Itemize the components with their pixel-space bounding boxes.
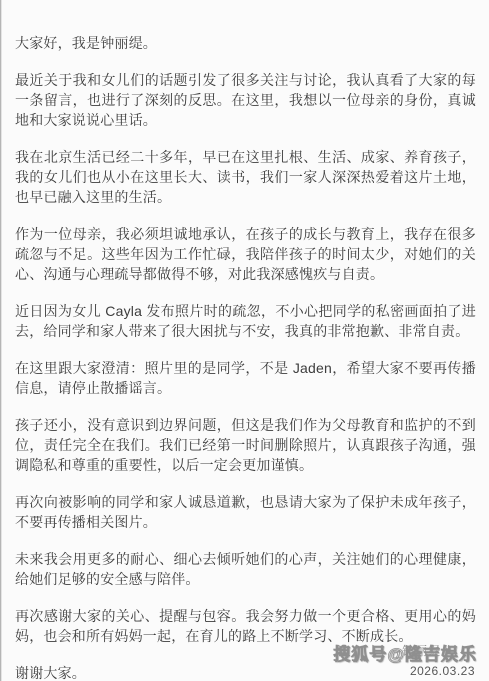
left-edge-shadow: [0, 0, 2, 681]
statement-paragraph-clarification: 在这里跟大家澄清：照片里的是同学，不是 Jaden，希望大家不要再传播信息，请停…: [15, 358, 476, 398]
sohu-watermark: 搜狐号@隆吉娱乐: [333, 640, 477, 665]
statement-paragraph-greeting: 大家好，我是钟丽缇。: [15, 33, 476, 53]
statement-paragraph-beijing-life: 我在北京生活已经二十多年，早已在这里扎根、生活、成家、养育孩子，我的女儿们也从小…: [15, 147, 476, 207]
statement-paragraph-closing: 谢谢大家。: [15, 663, 476, 681]
statement-paragraph-intro: 最近关于我和女儿们的话题引发了很多关注与讨论，我认真看了大家的每一条留言，也进行…: [15, 70, 476, 130]
statement-paragraph-admission: 作为一位母亲，我必须坦诚地承认，在孩子的成长与教育上，我存在很多疏忽与不足。这些…: [15, 224, 476, 284]
statement-paragraph-apology: 再次向被影响的同学和家人诚恳道歉，也恳请大家为了保护未成年孩子，不要再传播相关图…: [15, 492, 476, 532]
statement-paragraph-incident: 近日因为女儿 Cayla 发布照片时的疏忽，不小心把同学的私密画面拍了进去，给同…: [15, 301, 476, 341]
statement-paragraph-promise: 未来我会用更多的耐心、细心去倾听她们的心声，关注她们的心理健康，给她们足够的安全…: [15, 549, 476, 589]
statement-date: 2026.03.23: [410, 664, 475, 678]
statement-page: { "page": { "background": "#fbfbfb", "te…: [0, 0, 489, 681]
statement-paragraph-responsibility: 孩子还小，没有意识到边界问题，但这是我们作为父母教育和监护的不到位，责任完全在我…: [15, 415, 476, 475]
statement-body: 大家好，我是钟丽缇。 最近关于我和女儿们的话题引发了很多关注与讨论，我认真看了大…: [15, 33, 476, 681]
